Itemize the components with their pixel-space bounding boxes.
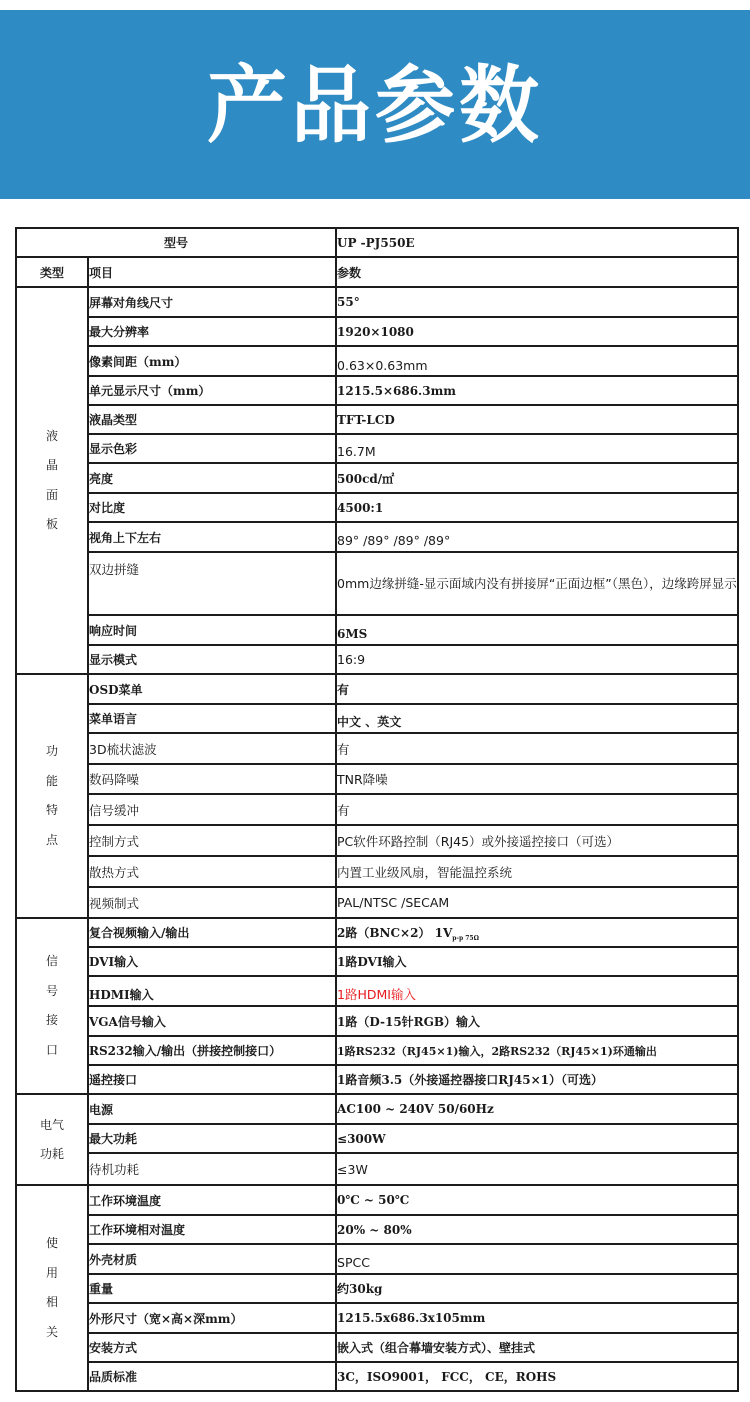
item-label: 数码降噪 [88,764,336,794]
category-signal-interface: 信 号 接 口 [16,918,88,1094]
item-value: 0mm边缘拼缝-显示面域内没有拼接屏“正面边框”（黑色），边缘跨屏显示-显示面域… [336,552,738,615]
item-label: 菜单语言 [88,704,336,733]
item-value: 16.7M [336,434,738,463]
item-value: 嵌入式（组合幕墙安装方式）、壁挂式 [336,1333,738,1362]
item-value: SPCC [336,1244,738,1274]
item-value: 中文 、英文 [336,704,738,733]
item-label: 视频制式 [88,887,336,918]
table-row: HDMI输入 1路HDMI输入 [16,976,738,1006]
item-value: 0.63×0.63mm [336,346,738,376]
item-value: PC软件环路控制（RJ45）或外接遥控接口（可选） [336,825,738,856]
table-row: 视频制式 PAL/NTSC /SECAM [16,887,738,918]
model-row: 型号 UP -PJ550E [16,228,738,257]
table-row: 液 晶 面 板 屏幕对角线尺寸 55° [16,287,738,317]
item-label: 待机功耗 [88,1153,336,1185]
item-value: TFT-LCD [336,405,738,434]
table-row: RS232输入/输出（拼接控制接口） 1路RS232（RJ45×1)输入，2路R… [16,1036,738,1065]
category-features: 功 能 特 点 [16,674,88,918]
item-label: 响应时间 [88,615,336,645]
item-value: 6MS [336,615,738,645]
item-label: 最大分辨率 [88,317,336,346]
item-label: 遥控接口 [88,1065,336,1094]
table-row: 双边拼缝 0mm边缘拼缝-显示面域内没有拼接屏“正面边框”（黑色），边缘跨屏显示… [16,552,738,615]
table-row: 最大功耗 ≤300W [16,1124,738,1153]
item-label: 对比度 [88,493,336,522]
category-electrical-power: 电气 功耗 [16,1094,88,1185]
table-row: 响应时间 6MS [16,615,738,645]
item-value: 1路DVI输入 [336,947,738,976]
item-label: HDMI输入 [88,976,336,1006]
table-row: 遥控接口 1路音频3.5（外接遥控器接口RJ45×1）（可选） [16,1065,738,1094]
item-value: PAL/NTSC /SECAM [336,887,738,918]
table-row: 显示色彩 16.7M [16,434,738,463]
table-row: 控制方式 PC软件环路控制（RJ45）或外接遥控接口（可选） [16,825,738,856]
item-value: 16:9 [336,645,738,674]
item-label: 工作环境温度 [88,1185,336,1215]
item-label: 安装方式 [88,1333,336,1362]
item-label: 液晶类型 [88,405,336,434]
item-label: 品质标准 [88,1362,336,1391]
item-label: 显示模式 [88,645,336,674]
table-row: 信号缓冲 有 [16,794,738,825]
item-value: 2路（BNC×2） 1Vp-p 75Ω [336,918,738,947]
table-row: 待机功耗 ≤3W [16,1153,738,1185]
item-value: 1路音频3.5（外接遥控器接口RJ45×1）（可选） [336,1065,738,1094]
item-value: 1215.5x686.3x105mm [336,1303,738,1333]
header-item: 项目 [88,257,336,287]
category-lcd-panel: 液 晶 面 板 [16,287,88,674]
item-label: 工作环境相对温度 [88,1215,336,1244]
item-label: 外形尺寸（宽×高×深mm） [88,1303,336,1333]
item-value: 89° /89° /89° /89° [336,522,738,552]
title-banner: 产品参数 [0,10,750,199]
table-row: 重量 约30kg [16,1274,738,1303]
table-row: 对比度 4500:1 [16,493,738,522]
item-value: ≤3W [336,1153,738,1185]
item-label: 双边拼缝 [88,552,336,615]
item-label: OSD菜单 [88,674,336,704]
item-label: 重量 [88,1274,336,1303]
category-usage: 使 用 相 关 [16,1185,88,1391]
item-label: 散热方式 [88,856,336,887]
item-value: 内置工业级风扇，智能温控系统 [336,856,738,887]
item-label: 像素间距（mm） [88,346,336,376]
item-value: 55° [336,287,738,317]
item-label: DVI输入 [88,947,336,976]
item-label: 屏幕对角线尺寸 [88,287,336,317]
spec-table: 型号 UP -PJ550E 类型 项目 参数 液 晶 面 板 屏幕对角线尺寸 5… [15,227,739,1392]
item-value: 有 [336,733,738,764]
header-type: 类型 [16,257,88,287]
table-row: 液晶类型 TFT-LCD [16,405,738,434]
model-value: UP -PJ550E [336,228,738,257]
table-row: 功 能 特 点 OSD菜单 有 [16,674,738,704]
item-value: 3C，ISO9001， FCC， CE，ROHS [336,1362,738,1391]
item-value: 1路RS232（RJ45×1)输入，2路RS232（RJ45×1)环通输出 [336,1036,738,1065]
item-label: 显示色彩 [88,434,336,463]
item-value: 1215.5×686.3mm [336,376,738,405]
table-row: 信 号 接 口 复合视频输入/输出 2路（BNC×2） 1Vp-p 75Ω [16,918,738,947]
item-value: TNR降噪 [336,764,738,794]
table-row: 电气 功耗 电源 AC100 ~ 240V 50/60Hz [16,1094,738,1124]
table-row: 像素间距（mm） 0.63×0.63mm [16,346,738,376]
table-row: 安装方式 嵌入式（组合幕墙安装方式）、壁挂式 [16,1333,738,1362]
item-value: 20% ~ 80% [336,1215,738,1244]
table-row: DVI输入 1路DVI输入 [16,947,738,976]
table-row: 数码降噪 TNR降噪 [16,764,738,794]
item-value: 约30kg [336,1274,738,1303]
table-row: 散热方式 内置工业级风扇，智能温控系统 [16,856,738,887]
table-row: 使 用 相 关 工作环境温度 0℃ ~ 50℃ [16,1185,738,1215]
item-label: RS232输入/输出（拼接控制接口） [88,1036,336,1065]
item-value: AC100 ~ 240V 50/60Hz [336,1094,738,1124]
model-label: 型号 [16,228,336,257]
table-row: 菜单语言 中文 、英文 [16,704,738,733]
item-label: 最大功耗 [88,1124,336,1153]
item-label: 复合视频输入/输出 [88,918,336,947]
table-row: 外壳材质 SPCC [16,1244,738,1274]
item-label: 视角上下左右 [88,522,336,552]
item-label: 信号缓冲 [88,794,336,825]
item-label: VGA信号输入 [88,1006,336,1036]
table-row: 亮度 500cd/㎡ [16,463,738,493]
item-value: 4500:1 [336,493,738,522]
table-row: 显示模式 16:9 [16,645,738,674]
item-value: 1路（D-15针RGB）输入 [336,1006,738,1036]
item-value-highlighted: 1路HDMI输入 [336,976,738,1006]
table-row: VGA信号输入 1路（D-15针RGB）输入 [16,1006,738,1036]
item-value: 500cd/㎡ [336,463,738,493]
item-label: 电源 [88,1094,336,1124]
table-row: 工作环境相对温度 20% ~ 80% [16,1215,738,1244]
header-param: 参数 [336,257,738,287]
item-label: 亮度 [88,463,336,493]
item-label: 控制方式 [88,825,336,856]
table-row: 外形尺寸（宽×高×深mm） 1215.5x686.3x105mm [16,1303,738,1333]
table-row: 3D梳状滤波 有 [16,733,738,764]
table-row: 视角上下左右 89° /89° /89° /89° [16,522,738,552]
table-row: 品质标准 3C，ISO9001， FCC， CE，ROHS [16,1362,738,1391]
item-label: 3D梳状滤波 [88,733,336,764]
item-value: 有 [336,674,738,704]
item-value: 1920×1080 [336,317,738,346]
item-value: 有 [336,794,738,825]
page-title: 产品参数 [207,63,543,147]
item-label: 外壳材质 [88,1244,336,1274]
item-value: 0℃ ~ 50℃ [336,1185,738,1215]
item-label: 单元显示尺寸（mm） [88,376,336,405]
item-value: ≤300W [336,1124,738,1153]
header-row: 类型 项目 参数 [16,257,738,287]
table-row: 最大分辨率 1920×1080 [16,317,738,346]
table-row: 单元显示尺寸（mm） 1215.5×686.3mm [16,376,738,405]
